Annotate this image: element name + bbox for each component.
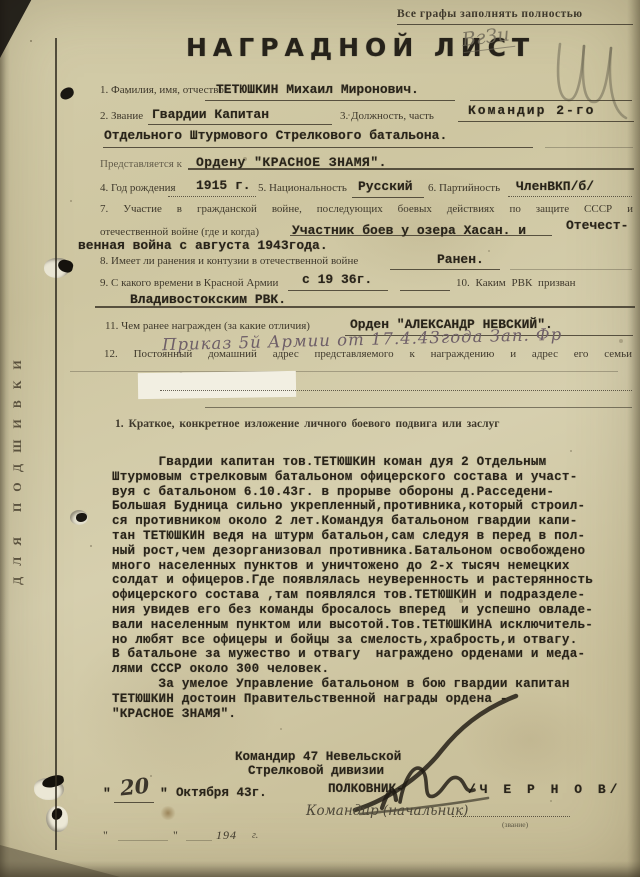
ink-blot	[59, 86, 76, 101]
left-edge-shading	[0, 0, 10, 877]
margin-filing-text: ДЛЯ ПОДШИВКИ	[10, 255, 25, 585]
army-since-value: с 19 36г.	[302, 272, 372, 287]
field-name-value: ТЕТЮШКИН Михаил Миронович.	[216, 82, 419, 97]
wounds-label: 8. Имеет ли ранения и контузии в отечест…	[100, 255, 358, 267]
war-participation-value-cont: Отечест-	[566, 218, 628, 233]
signature-scribble	[330, 688, 545, 820]
field-rule	[470, 100, 632, 101]
margin-vertical-rule	[55, 38, 57, 850]
war-participation-label-2: отечественной войне (где и когда)	[100, 226, 259, 238]
field-rank-label: 2. Звание	[100, 110, 143, 122]
nationality-value: Русский	[358, 179, 413, 194]
date-month-year: Октября 43г.	[176, 786, 267, 800]
war-participation-value-2: венная война с августа 1943года.	[78, 238, 328, 253]
field-rule	[390, 269, 500, 270]
signer-caption: Командир (начальник)	[306, 803, 468, 819]
field-name-label: 1. Фамилия, имя, отчество	[100, 84, 224, 96]
date-day-underline	[114, 802, 154, 803]
presented-for-label: Представляется к	[100, 158, 182, 170]
field-rule	[508, 196, 632, 197]
fill-all-fields-note: Все графы заполнять полностью	[397, 8, 583, 20]
citation-body: Гвардии капитан тов.ТЕТЮШКИН коман дуя 2…	[112, 455, 593, 721]
signer-caption-rule	[452, 816, 570, 817]
footer-rule	[186, 840, 212, 841]
field-rule	[545, 147, 633, 148]
strike-rule	[188, 168, 634, 170]
army-since-label: 9. С какого времени в Красной Армии	[100, 277, 278, 289]
war-participation-label: 7. Участие в гражданской войне, последую…	[100, 203, 633, 215]
party-value: ЧленВКП/б/	[516, 179, 594, 194]
birth-year-label: 4. Год рождения	[100, 182, 176, 194]
rvk-label: 10. Каким РВК призван	[456, 277, 576, 289]
date-day-handwritten: 20	[119, 773, 151, 801]
field-rule	[352, 197, 424, 198]
field-position-label: 3. Должность, часть	[340, 110, 434, 122]
field-rule	[458, 121, 634, 122]
award-sheet-document: ДЛЯ ПОДШИВКИ Все графы заполнять полност…	[0, 0, 640, 877]
paper-specks	[30, 40, 32, 42]
field-rule	[400, 290, 450, 291]
rvk-value: Владивостокским РВК.	[130, 292, 286, 307]
section-rule	[95, 306, 635, 308]
date-quote-close: "	[160, 786, 168, 801]
brown-stain-dot	[160, 806, 176, 820]
blank-rule	[205, 407, 632, 408]
right-edge-shading	[627, 0, 640, 877]
redaction-box	[138, 371, 296, 399]
wounds-value: Ранен.	[437, 252, 484, 267]
field-rule	[205, 100, 455, 101]
field-position-value: Командир 2-го	[468, 103, 595, 118]
field-rule	[288, 290, 388, 291]
nationality-label: 5. Национальность	[258, 182, 347, 194]
prior-awards-label: 11. Чем ранее награжден (за какие отличи…	[105, 320, 310, 332]
footer-rule	[118, 840, 168, 841]
date-quote-open: "	[103, 786, 111, 801]
signer-caption-sub: (звание)	[502, 820, 528, 829]
field-position-value-2: Отдельного Штурмового Стрелкового баталь…	[104, 128, 447, 143]
home-address-label: 12. Постоянный домашний адрес представля…	[104, 348, 632, 360]
footer-quote1: "	[103, 828, 108, 843]
field-rule	[148, 124, 332, 125]
footer-year-suffix: г.	[252, 830, 258, 841]
field-rank-value: Гвардии Капитан	[152, 107, 269, 122]
party-label: 6. Партийность	[428, 182, 500, 194]
footer-quote2: "	[173, 828, 178, 843]
field-rule	[103, 147, 533, 148]
birth-year-value: 1915 г.	[196, 178, 251, 193]
field-rule	[168, 196, 256, 197]
field-rule	[510, 269, 632, 270]
fill-note-underline	[397, 24, 633, 25]
blank-rule	[160, 390, 632, 391]
footer-year: 194	[216, 828, 237, 843]
strike-rule	[290, 235, 552, 236]
citation-heading: 1. Краткое, конкретное изложение личного…	[115, 418, 500, 430]
